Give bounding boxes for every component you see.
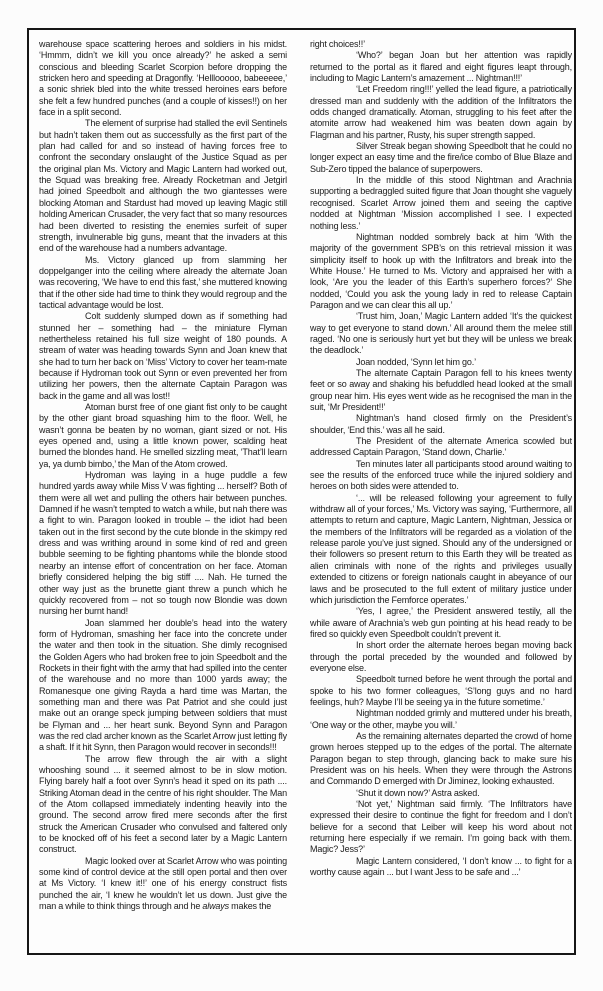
paragraph: right choices!!’ — [310, 39, 572, 50]
text-column-left: warehouse space scattering heroes and so… — [39, 39, 287, 947]
text-column-right: right choices!!’‘Who?’ began Joan but he… — [310, 39, 572, 947]
paragraph: The element of surprise had stalled the … — [39, 118, 287, 254]
paragraph: ‘Yes, I agree,’ the President answered t… — [310, 606, 572, 640]
paragraph: Hydroman was laying in a huge puddle a f… — [39, 470, 287, 617]
paragraph: In short order the alternate heroes bega… — [310, 640, 572, 674]
paragraph: Atoman burst free of one giant fist only… — [39, 402, 287, 470]
paragraph: Silver Streak began showing Speedbolt th… — [310, 141, 572, 175]
paragraph: ‘Trust him, Joan,’ Magic Lantern added ‘… — [310, 311, 572, 356]
paragraph: Colt suddenly slumped down as if somethi… — [39, 311, 287, 402]
paragraph: Nightman’s hand closed firmly on the Pre… — [310, 413, 572, 436]
paragraph: ‘Shut it down now?’ Astra asked. — [310, 788, 572, 799]
paragraph: Magic Lantern considered, ‘I don’t know … — [310, 856, 572, 879]
paragraph: ‘... will be released following your agr… — [310, 493, 572, 606]
paragraph: ‘Not yet,’ Nightman said firmly. ‘The In… — [310, 799, 572, 856]
paragraph: Ms. Victory glanced up from slamming her… — [39, 255, 287, 312]
paragraph: warehouse space scattering heroes and so… — [39, 39, 287, 118]
page: warehouse space scattering heroes and so… — [0, 0, 603, 991]
paragraph: Nightman nodded grimly and muttered unde… — [310, 708, 572, 731]
paragraph: The President of the alternate America s… — [310, 436, 572, 459]
paragraph: ‘Who?’ began Joan but her attention was … — [310, 50, 572, 84]
paragraph: Magic looked over at Scarlet Arrow who w… — [39, 856, 287, 913]
paragraph: The arrow flew through the air with a sl… — [39, 754, 287, 856]
paragraph: Speedbolt turned before he went through … — [310, 674, 572, 708]
paragraph: Ten minutes later all participants stood… — [310, 459, 572, 493]
paragraph: Joan slammed her double’s head into the … — [39, 618, 287, 754]
paragraph: In the middle of this stood Nightman and… — [310, 175, 572, 232]
paragraph: As the remaining alternates departed the… — [310, 731, 572, 788]
paragraph: Nightman nodded sombrely back at him ‘Wi… — [310, 232, 572, 311]
text-frame: warehouse space scattering heroes and so… — [27, 28, 576, 955]
paragraph: ‘Let Freedom ring!!!’ yelled the lead fi… — [310, 84, 572, 141]
paragraph: Joan nodded, ‘Synn let him go.’ — [310, 357, 572, 368]
paragraph: The alternate Captain Paragon fell to hi… — [310, 368, 572, 413]
